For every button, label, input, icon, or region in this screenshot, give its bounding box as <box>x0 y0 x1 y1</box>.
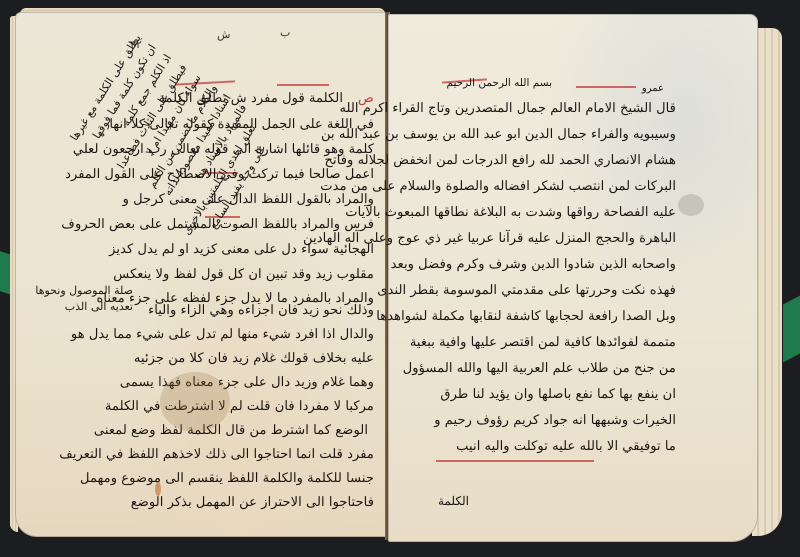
text-line: وبل الصدا رافعة لحجابها كاشفة لنقابها مك… <box>376 310 676 323</box>
text-line: والدال اذا افرد شيء منها لم تدل على شيء … <box>71 328 374 341</box>
text-line: واصحابه الذين شادوا الدين وشرف وكرم وفضل… <box>391 258 676 271</box>
text-line: وهما غلام وزيد دال على جزء معناه فهذا يس… <box>120 376 374 389</box>
text-line: وذلك نحو زيد فان اجزاءه وهي الزاء والياء <box>148 304 374 317</box>
text-line: مفرد قلت انما احتاجوا الى ذلك لاخذهم الل… <box>59 448 374 461</box>
catchword: الكلمة <box>438 494 469 508</box>
text-line: مقلوب زيد وقد تبين ان كل قول لفظ ولا ينع… <box>113 268 374 281</box>
top-mark: ب <box>280 26 290 39</box>
basmala-title: بسم الله الرحمن الرحيم <box>446 78 552 89</box>
rubric-overline <box>277 84 329 86</box>
text-line: عليه الفصاحة رواقها وشدت به البلاغة نطاق… <box>345 206 676 219</box>
text-line: ان ينفع بها كما نفع باصلها وان يؤيد لنا … <box>440 388 676 401</box>
text-line: الوضع كما اشترط من قال الكلمة لفظ وضع لم… <box>94 424 368 437</box>
text-line: فاحتاجوا الى الاحتراز عن المهمل بذكر الو… <box>131 496 374 509</box>
margin-note-line: صلة الموصول ونحوها <box>35 284 133 297</box>
top-mark: ش <box>217 28 230 41</box>
text-line: والمراد بالقول اللفظ الدال على معنى كرجل… <box>123 193 374 206</box>
text-line: ما توفيقي الا بالله عليه توكلت واليه اني… <box>456 440 676 453</box>
title-note: عمرو <box>642 84 664 94</box>
ink-spot <box>155 482 161 496</box>
right-page: بسم الله الرحمن الرحيم عمرو قال الشيخ ال… <box>388 14 758 542</box>
ribbon-right <box>783 295 800 362</box>
text-line: الخيرات وشبهها انه جواد كريم رؤوف رحيم و <box>434 414 676 427</box>
margin-note-line: تعديه الى الذب <box>65 300 133 313</box>
text-line: عليه بخلاف قولك غلام زيد فان كلا من جزئي… <box>134 352 374 365</box>
text-line: قال الشيخ الامام العالم جمال المتصدرين و… <box>339 102 676 115</box>
water-stain <box>160 372 230 432</box>
text-line: وسيبويه والفراء جمال الدين ابو عبد الله … <box>321 128 676 141</box>
rubric-underline <box>436 460 594 462</box>
text-line: هشام الانصاري الحمد لله رافع الدرجات لمن… <box>325 154 676 167</box>
text-line: جنسا للكلمة والكلمة اللفظ ينقسم الى موضو… <box>80 472 374 485</box>
stain <box>678 194 704 216</box>
left-page: ٣٢ ش ب ص الكلمة قول مفرد ش تطلق الكلمة ف… <box>15 12 388 537</box>
rubric-overline <box>576 86 636 88</box>
text-line: فهذه نكت وحررتها على مقدمتي الموسومة بقط… <box>377 284 676 297</box>
text-line: الباهرة والحجج المنزل عليه قرآنا عربيا غ… <box>303 232 676 245</box>
text-line: البركات لمن انتصب لشكر افضاله والصلوة وا… <box>320 180 676 193</box>
text-line: مركبا لا مفردا فان قلت لم لا اشترطت في ا… <box>105 400 374 413</box>
text-line: متممة لفوائدها كافية لمن اقتصر عليها واف… <box>410 336 676 349</box>
text-line: من جنح من طلاب علم العربية اليها والله ا… <box>403 362 676 375</box>
